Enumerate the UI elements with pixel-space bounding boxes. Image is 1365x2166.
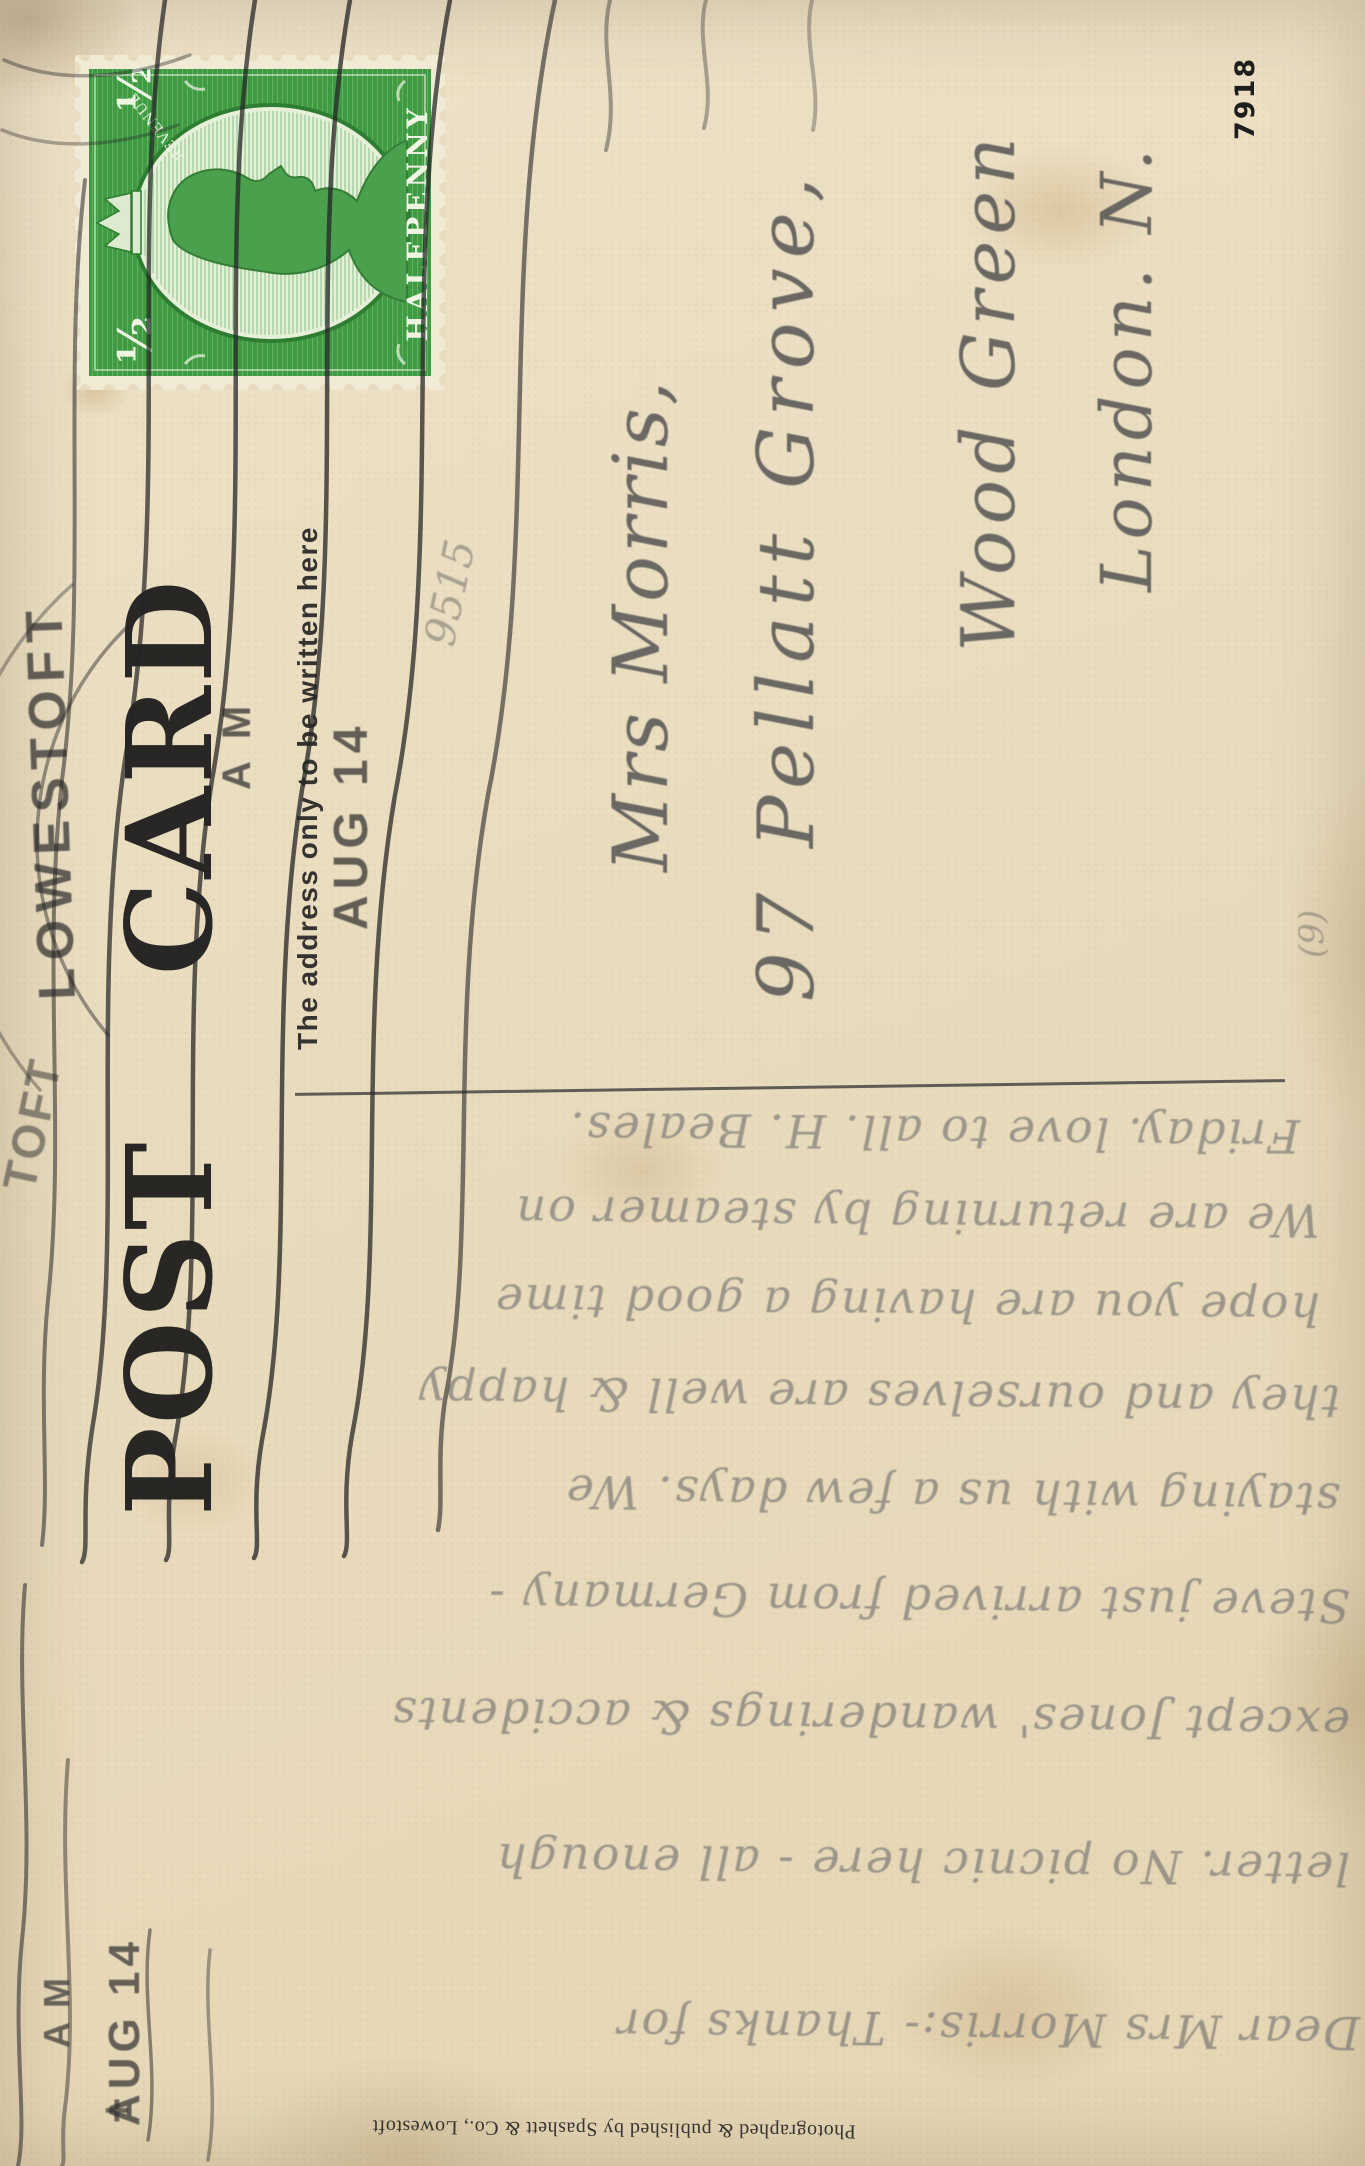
address-line-street: 97 Pellatt Grove,	[742, 62, 866, 1002]
stamp-artwork: ½ ½ REVENUE HALFPENNY	[75, 55, 445, 390]
message-line: Steve just arrived from Germany -	[60, 1565, 1350, 1633]
divider-line	[295, 1079, 1285, 1096]
postmark-time: AM	[215, 665, 263, 790]
stamp-denomination: HALFPENNY	[401, 104, 434, 341]
pencil-number: 9515	[415, 435, 517, 653]
message-line: hope you are having a good time	[120, 1270, 1320, 1337]
message-line: letter. No picnic here - all enough	[40, 1828, 1350, 1896]
postmark-date: AUG 14	[324, 700, 380, 930]
message-line: Dear Mrs Morris:- Thanks for	[210, 1994, 1361, 2060]
pencil-margin-mark: (9)	[1292, 878, 1332, 958]
address-line-city: London. N.	[1086, 40, 1186, 592]
stamp-numeral-left: ½	[108, 316, 162, 364]
publisher-imprint: Photographed & published by Spashett & C…	[324, 2109, 904, 2143]
message-line: We are returning by steamer on	[260, 1182, 1321, 1247]
address-line-recipient: Mrs Morris,	[596, 292, 706, 872]
postmark-town: LOWESTOFT	[15, 638, 118, 1001]
postcard-back: ½ ½ REVENUE HALFPENNY POST CARD The addr…	[0, 0, 1365, 2166]
message-line: except Jones' wanderings & accidents	[40, 1683, 1350, 1751]
message-line: staying with us a few days. We	[60, 1459, 1340, 1526]
postage-stamp: ½ ½ REVENUE HALFPENNY	[75, 55, 445, 390]
postmark-town-partial: TOFT	[0, 979, 90, 1196]
message-line: they and ourselves are well & happy	[70, 1361, 1340, 1428]
address-line-district: Wood Green	[946, 60, 1050, 652]
serial-number: 7918	[1230, 50, 1264, 140]
postmark-bottom-time: AM	[36, 1948, 80, 2048]
message-line: Friday. love to all. H. Beales.	[300, 1099, 1301, 1163]
postmark-plus-mark: +	[104, 2086, 134, 2136]
